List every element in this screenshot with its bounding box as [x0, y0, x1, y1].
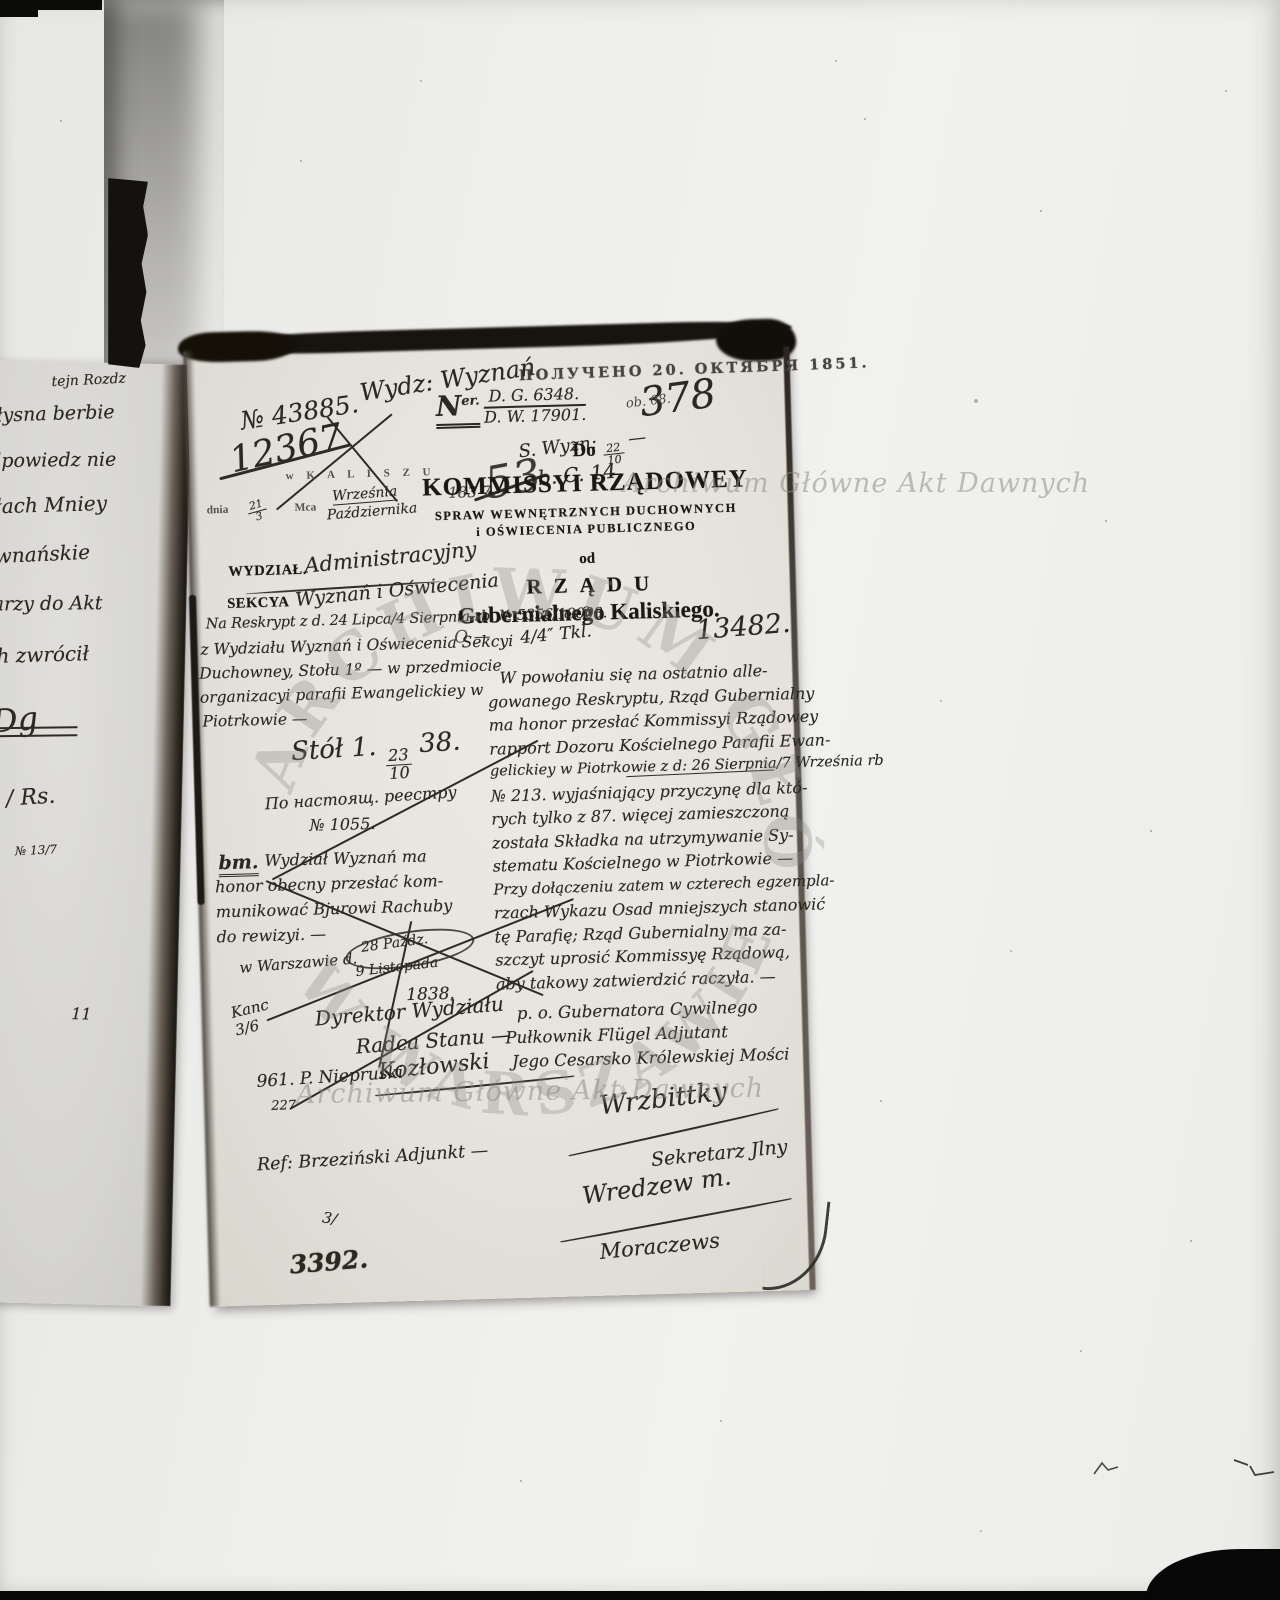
stol-fraction: 2310 — [385, 746, 414, 782]
nr-superscript: er. — [461, 393, 480, 409]
number-227: 227 — [271, 1098, 296, 1114]
annotation-number: 13482. — [695, 608, 792, 646]
memo-line: do rewizyi. — — [216, 924, 326, 946]
wydzial-label: WYDZIAŁ. — [228, 562, 307, 581]
left-page-fragment: łłysłach Mniey — [0, 491, 107, 519]
torn-binding-fragment — [108, 178, 148, 368]
left-page-fragment: od łysna berbie — [0, 401, 115, 427]
left-page-mark-11: 11 — [71, 1004, 92, 1023]
niepruski-note: 961. P. Niepruski — [256, 1063, 404, 1092]
left-page-fragment: za śwnańskie — [0, 540, 91, 570]
frame-edge-corner — [0, 0, 38, 17]
left-page-fragment: tejn Rozdz — [51, 371, 126, 390]
kalisz-stamp-dnia: dnia — [206, 504, 228, 517]
warsaw-place: w Warszawie d. — [239, 949, 358, 976]
subject-line: organizacyi parafii Ewangelickiey w — [200, 681, 484, 707]
kanc-mark: Kanc3/6 — [229, 995, 275, 1039]
archival-photo: tejn Rozdz od łysna berbie odpowiedz nie… — [0, 0, 1280, 1600]
signoff-line: Pułkownik Flügel Adjutant — [505, 1022, 728, 1047]
dg-dw-fraction: D. G. 6348. D. W. 17901. — [483, 385, 586, 428]
governor-signature: Wrzbittky — [598, 1077, 729, 1122]
kalisz-stamp-mca: Mca — [294, 501, 316, 514]
nr-label: Ner. — [435, 389, 480, 429]
pen-mark — [1232, 1452, 1280, 1480]
kalisz-day: 213 — [242, 487, 270, 525]
signoff-line: Jego Cesarsko Królewskiej Mości — [512, 1044, 790, 1071]
stol-note: Stół 1. 2310 38. — [290, 727, 463, 789]
bottom-number: 3392. — [289, 1244, 369, 1279]
sekcya-label: SEKCYA — [227, 594, 290, 613]
main-document-page: ПОЛУЧЕНО 20. ОКТЯБРЯ 1851. 378 № 43885. … — [186, 328, 813, 1306]
left-page-number: № 13/7 — [15, 842, 58, 858]
dw-number: D. W. 17901. — [484, 406, 587, 427]
memo-prefix: bm. — [218, 851, 259, 877]
subject-line: Piotrkowie — — [202, 710, 307, 731]
body-text: W powołaniu się na ostatnio alle- gowane… — [487, 656, 890, 996]
small-mark: 3/ — [321, 1208, 338, 1228]
signature-flourish — [762, 1195, 830, 1296]
left-page-fragment: odpowiedz nie — [0, 449, 116, 473]
frame-edge-bottom — [0, 1591, 1280, 1600]
charred-top-left-blob — [178, 330, 299, 363]
kalisz-stamp-city: w K A L I S Z U — [286, 466, 436, 482]
left-page-rs-mark: / Rs. — [5, 784, 56, 812]
memo-line: Wydział Wyznań ma — [264, 846, 427, 870]
left-partial-page: tejn Rozdz od łysna berbie odpowiedz nie… — [0, 360, 192, 1306]
referent-line: Ref: Brzeziński Adjunkt — — [256, 1141, 488, 1176]
signoff-line: p. o. Gubernatora Cywilnego — [517, 997, 758, 1023]
clerk-signature: Moraczews — [598, 1228, 720, 1264]
subject-line: Duchowney, Stołu 1º — w przedmiocie — [199, 656, 502, 682]
frame-corner-bottom-right — [1146, 1549, 1280, 1600]
header-do: Do — [419, 435, 749, 466]
reference-numbers: D. G. 6348. D. W. 17901. — [483, 384, 586, 428]
pen-mark — [1092, 1458, 1132, 1480]
header-commission: KOMMISSYI RZĄDOWEY — [420, 465, 751, 502]
left-page-torn-edge — [141, 364, 192, 1306]
russian-registry-number: № 1055. — [309, 814, 376, 835]
subject-line: z Wydziału Wyznań i Oświecenia Sekcyi — [200, 632, 513, 659]
left-page-fragment: tach zwrócił — [0, 641, 89, 669]
left-page-fragment: mplarzy do Akt — [0, 592, 103, 616]
